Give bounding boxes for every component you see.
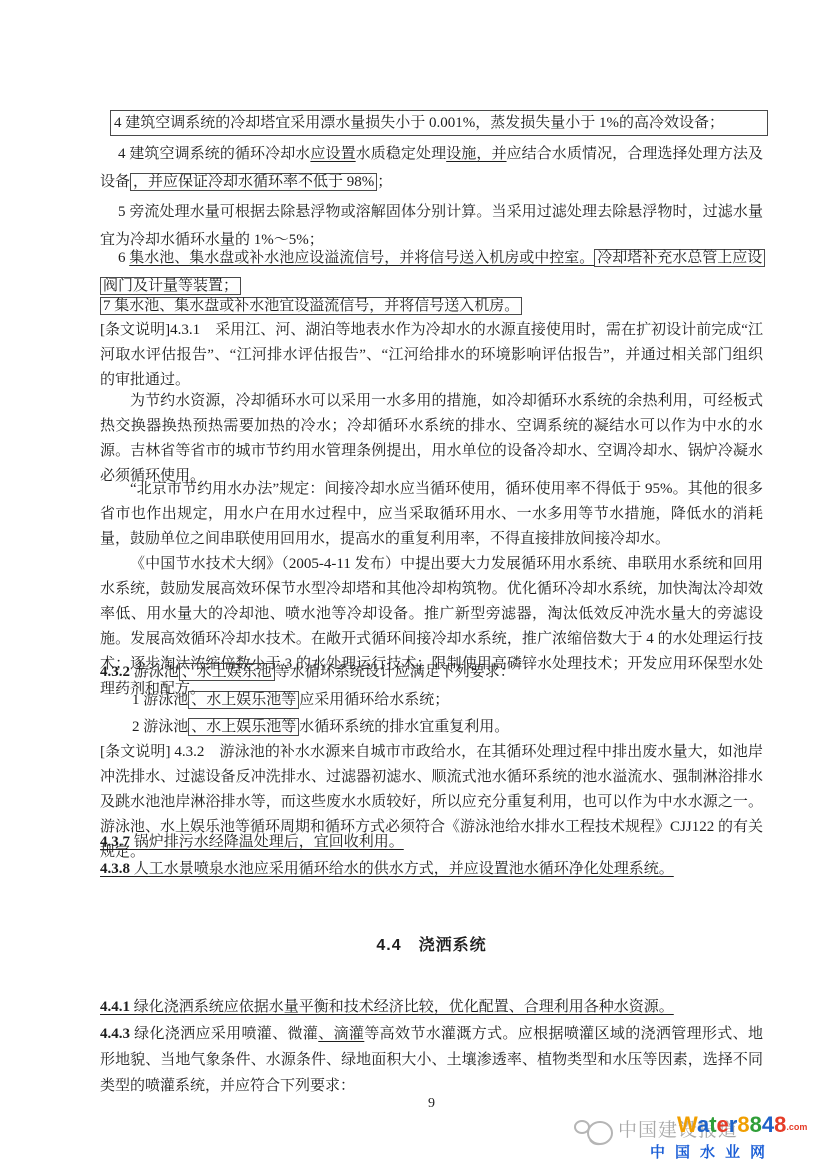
brand-letter: 8 [750,1112,762,1137]
clause-text: 等水循环系统设计应满足下列要求： [275,664,515,680]
clause-item-4: 4 建筑空调系统的循环冷却水应设置水质稳定处理设施，并应结合水质情况，合理选择处… [100,140,763,196]
clause-text: 应采用循环给水系统； [299,692,449,708]
explanation-text: “北京市节约用水办法”规定：间接冷却水应当循环使用，循环使用率不得低于 95%。… [100,481,763,547]
brand-letter: 8 [774,1112,786,1137]
watermark-logo: 中国建设报道 Water8848.com 中国水业网 [572,1112,825,1166]
clause-text: 1 游泳池 [132,692,188,708]
clause-4-3-7: 4.3.7 锅炉排污水经降温处理后，宜回收利用。 [100,829,763,856]
boxed-text: 4 建筑空调系统的冷却塔宜采用漂水量损失小于 0.001%，蒸发损失量小于 1%… [114,115,724,131]
watermark-subtitle: 中国水业网 [650,1141,775,1162]
section-number: 4.4.3 [100,1026,130,1042]
clause-4-4-3: 4.4.3 绿化浇洒应采用喷灌、微灌、滴灌等高效节水灌溉方式。应根据喷灌区域的浇… [100,1021,763,1099]
brand-letter: a [697,1112,709,1137]
underlined-text: 集水池、集水盘或补水池应设溢流信号，并将信号送入机房或中控室。 [129,250,594,266]
clause-text: 2 游泳池 [132,719,188,735]
watermark-brand-text: Water8848.com [677,1112,807,1138]
explanation-paragraph-beijing-rule: “北京市节约用水办法”规定：间接冷却水应当循环使用，循环使用率不得低于 95%。… [100,477,763,552]
clause-4-3-2-item-1: 1 游泳池、水上娱乐池等应采用循环给水系统； [100,687,763,714]
boxed-text: 7 集水池、集水盘或补水池宜设溢流信号，并将信号送入机房。 [100,297,522,315]
clause-text: 绿化浇洒应采用喷灌、微灌 [130,1026,318,1042]
explanation-label: [条文说明]4.3.1 [100,322,200,338]
clause-4-3-8: 4.3.8 人工水景喷泉水池应采用循环给水的供水方式，并应设置池水循环净化处理系… [100,856,763,883]
boxed-text: 、水上娱乐池等 [188,718,299,736]
explanation-paragraph-water-saving: 为节约水资源，冷却循环水可以采用一水多用的措施，如冷却循环水系统的余热利用，可经… [100,389,763,489]
clause-4-4-1: 4.4.1 绿化浇洒系统应依据水量平衡和技术经济比较，优化配置、合理利用各种水资… [100,994,763,1021]
underlined-text: 锅炉排污水经降温处理后，宜回收利用。 [130,834,404,850]
section-heading-4-4: 4.4 浇洒系统 [100,932,763,955]
clause-text: 游泳池 [130,664,179,680]
brand-letter: e [717,1112,729,1137]
underlined-text: 应设置 [310,146,355,162]
clause-item-7: 7 集水池、集水盘或补水池宜设溢流信号，并将信号送入机房。 [100,292,763,320]
section-number: 4.3.2 [100,664,130,680]
underlined-text: 、滴灌 [318,1026,364,1042]
brand-letter: 8 [737,1112,749,1137]
clause-text: 5 旁流处理水量可根据去除悬浮物或溶解固体分别计算。当采用过滤处理去除悬浮物时，… [100,204,763,248]
clause-text: 4 建筑空调系统的循环冷却水 [118,146,310,162]
underlined-text: 人工水景喷泉水池应采用循环给水的供水方式，并应设置池水循环净化处理系统。 [130,861,674,877]
brand-letter: t [709,1112,716,1137]
boxed-text: 、水上娱乐池 [179,663,275,681]
clause-4-3-2: 4.3.2 游泳池、水上娱乐池等水循环系统设计应满足下列要求： [100,659,763,686]
clause-text: 6 [118,250,129,266]
explanation-text: 采用江、河、湖泊等地表水作为冷却水的水源直接使用时，需在扩初设计前完成“江河取水… [100,322,763,388]
section-number: 4.3.7 [100,834,130,850]
section-number: 4.3.8 [100,861,130,877]
document-page: { "content": { "item4a": "4 建筑空调系统的冷却塔宜采… [0,0,827,1169]
underlined-text: 设施，并 [446,146,506,162]
page-number: 9 [100,1096,763,1112]
underlined-text: 绿化浇洒系统应依据水量平衡和技术经济比较，优化配置、合理利用各种水资源。 [130,999,674,1015]
clause-4-3-2-item-2: 2 游泳池、水上娱乐池等水循环系统的排水宜重复利用。 [100,714,763,741]
explanation-text: 为节约水资源，冷却循环水可以采用一水多用的措施，如冷却循环水系统的余热利用，可经… [100,393,763,484]
brand-letter: 4 [762,1112,774,1137]
watermark-logo-icon [572,1116,614,1150]
clause-text: 水循环系统的排水宜重复利用。 [299,719,509,735]
boxed-text: ，并应保证冷却水循环率不低于 98% [130,173,377,191]
clause-item-4-boxed: 4 建筑空调系统的冷却塔宜采用漂水量损失小于 0.001%，蒸发损失量小于 1%… [110,110,768,136]
explanation-label: [条文说明] 4.3.2 [100,744,204,760]
explanation-4-3-1: [条文说明]4.3.1 采用江、河、湖泊等地表水作为冷却水的水源直接使用时，需在… [100,318,763,393]
clause-text: 水质稳定处理 [356,146,447,162]
brand-letter: W [677,1112,697,1137]
section-number: 4.4.1 [100,999,130,1015]
boxed-text: 、水上娱乐池等 [188,691,299,709]
clause-text: ； [377,174,392,190]
brand-dotcom: .com [786,1122,807,1132]
